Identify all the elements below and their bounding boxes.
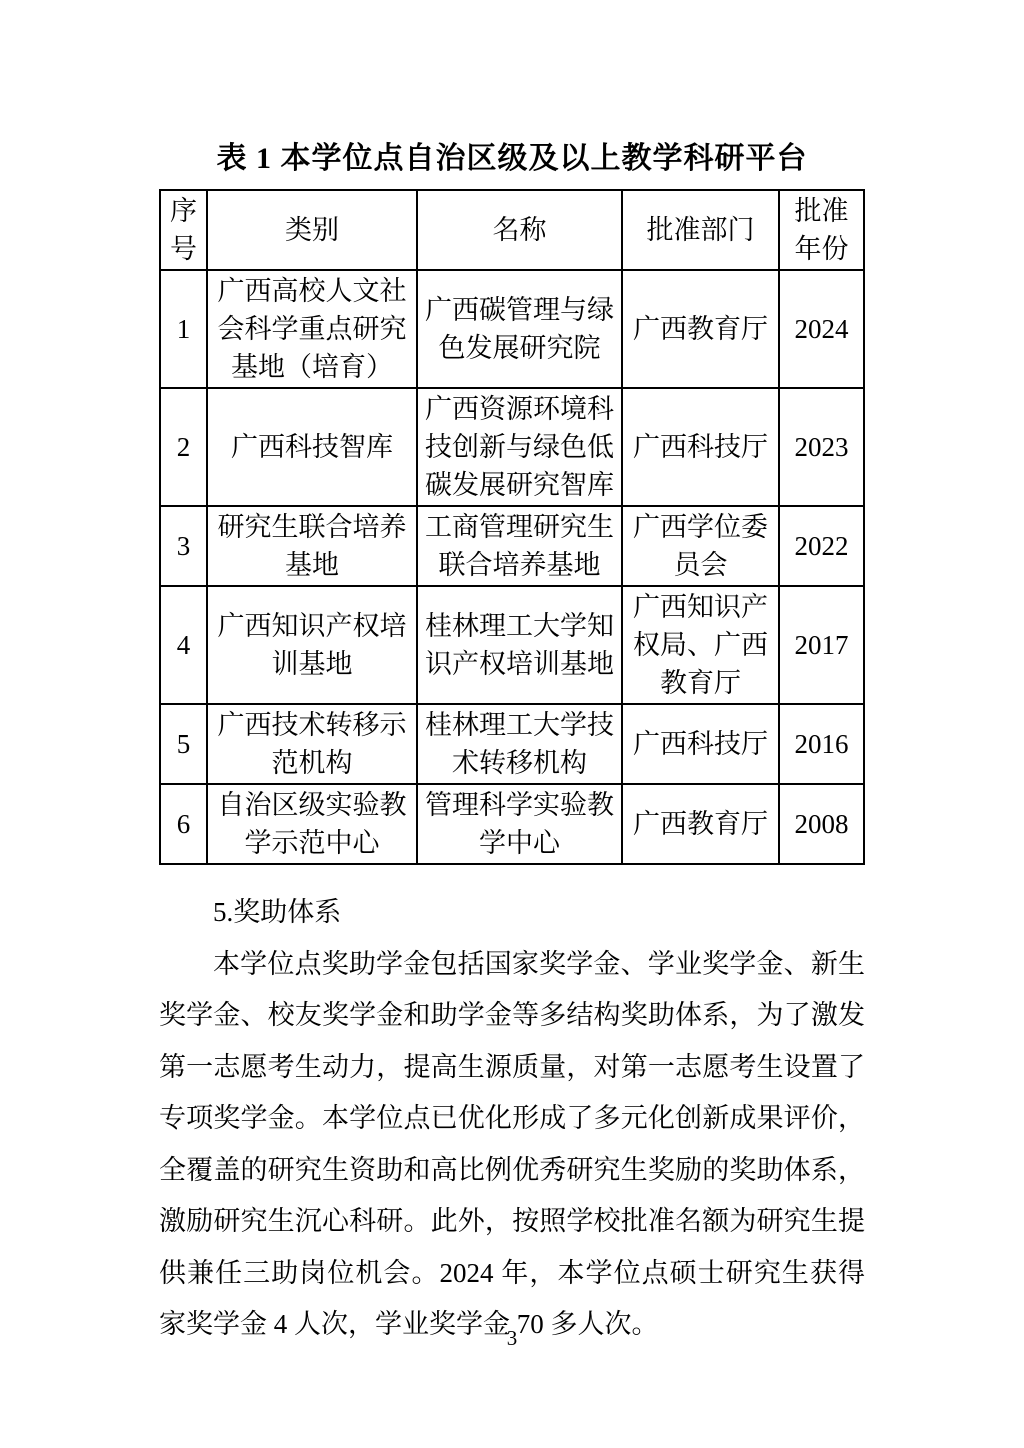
table-row: 3 研究生联合培养基地 工商管理研究生联合培养基地 广西学位委员会 2022 — [160, 506, 864, 586]
name-cell: 桂林理工大学技术转移机构 — [417, 704, 622, 784]
body-line: 全覆盖的研究生资助和高比例优秀研究生奖励的奖助体系， — [159, 1145, 865, 1197]
name-cell: 广西资源环境科技创新与绿色低碳发展研究智库 — [417, 388, 622, 506]
body-line: 第一志愿考生动力，提高生源质量，对第一志愿考生设置了 — [159, 1042, 865, 1094]
table-row: 1 广西高校人文社会科学重点研究基地（培育） 广西碳管理与绿色发展研究院 广西教… — [160, 270, 864, 388]
year-cell: 2008 — [779, 784, 864, 864]
row-number-cell: 3 — [160, 506, 207, 586]
body-line: 供兼任三助岗位机会。2024 年，本学位点硕士研究生获得国 — [159, 1248, 865, 1300]
category-cell: 自治区级实验教学示范中心 — [207, 784, 417, 864]
name-cell: 工商管理研究生联合培养基地 — [417, 506, 622, 586]
department-cell: 广西教育厅 — [622, 270, 779, 388]
body-line: 奖学金、校友奖学金和助学金等多结构奖助体系，为了激发 — [159, 990, 865, 1042]
header-cell-name: 名称 — [417, 190, 622, 270]
table-row: 5 广西技术转移示范机构 桂林理工大学技术转移机构 广西科技厅 2016 — [160, 704, 864, 784]
year-cell: 2017 — [779, 586, 864, 704]
year-cell: 2023 — [779, 388, 864, 506]
year-cell: 2016 — [779, 704, 864, 784]
category-cell: 广西技术转移示范机构 — [207, 704, 417, 784]
year-cell: 2022 — [779, 506, 864, 586]
name-cell: 广西碳管理与绿色发展研究院 — [417, 270, 622, 388]
category-cell: 广西高校人文社会科学重点研究基地（培育） — [207, 270, 417, 388]
department-cell: 广西科技厅 — [622, 704, 779, 784]
row-number-cell: 4 — [160, 586, 207, 704]
row-number-cell: 5 — [160, 704, 207, 784]
category-cell: 研究生联合培养基地 — [207, 506, 417, 586]
department-cell: 广西学位委员会 — [622, 506, 779, 586]
row-number-cell: 6 — [160, 784, 207, 864]
document-page: { "title": "表 1 本学位点自治区级及以上教学科研平台", "tab… — [0, 0, 1024, 1448]
header-cell-no: 序号 — [160, 190, 207, 270]
row-number-cell: 1 — [160, 270, 207, 388]
department-cell: 广西教育厅 — [622, 784, 779, 864]
body-line: 激励研究生沉心科研。此外，按照学校批准名额为研究生提 — [159, 1196, 865, 1248]
name-cell: 管理科学实验教学中心 — [417, 784, 622, 864]
row-number-cell: 2 — [160, 388, 207, 506]
table-row: 6 自治区级实验教学示范中心 管理科学实验教学中心 广西教育厅 2008 — [160, 784, 864, 864]
category-cell: 广西科技智库 — [207, 388, 417, 506]
body-line: 本学位点奖助学金包括国家奖学金、学业奖学金、新生 — [159, 939, 865, 991]
table-title: 表 1 本学位点自治区级及以上教学科研平台 — [159, 133, 865, 177]
header-cell-year: 批准年份 — [779, 190, 864, 270]
table-row: 4 广西知识产权培训基地 桂林理工大学知识产权培训基地 广西知识产权局、广西教育… — [160, 586, 864, 704]
section-heading: 5.奖助体系 — [159, 887, 865, 939]
table-row: 2 广西科技智库 广西资源环境科技创新与绿色低碳发展研究智库 广西科技厅 202… — [160, 388, 864, 506]
header-cell-department: 批准部门 — [622, 190, 779, 270]
category-cell: 广西知识产权培训基地 — [207, 586, 417, 704]
year-cell: 2024 — [779, 270, 864, 388]
table-header-row: 序号 类别 名称 批准部门 批准年份 — [160, 190, 864, 270]
department-cell: 广西科技厅 — [622, 388, 779, 506]
page-content: 表 1 本学位点自治区级及以上教学科研平台 序号 类别 名称 批准部门 批准年份… — [159, 133, 865, 1351]
platform-table: 序号 类别 名称 批准部门 批准年份 1 广西高校人文社会科学重点研究基地（培育… — [159, 189, 865, 865]
department-cell: 广西知识产权局、广西教育厅 — [622, 586, 779, 704]
name-cell: 桂林理工大学知识产权培训基地 — [417, 586, 622, 704]
header-cell-category: 类别 — [207, 190, 417, 270]
body-paragraph: 5.奖助体系 本学位点奖助学金包括国家奖学金、学业奖学金、新生 奖学金、校友奖学… — [159, 887, 865, 1351]
body-line: 专项奖学金。本学位点已优化形成了多元化创新成果评价， — [159, 1093, 865, 1145]
page-number: 3 — [0, 1326, 1024, 1351]
